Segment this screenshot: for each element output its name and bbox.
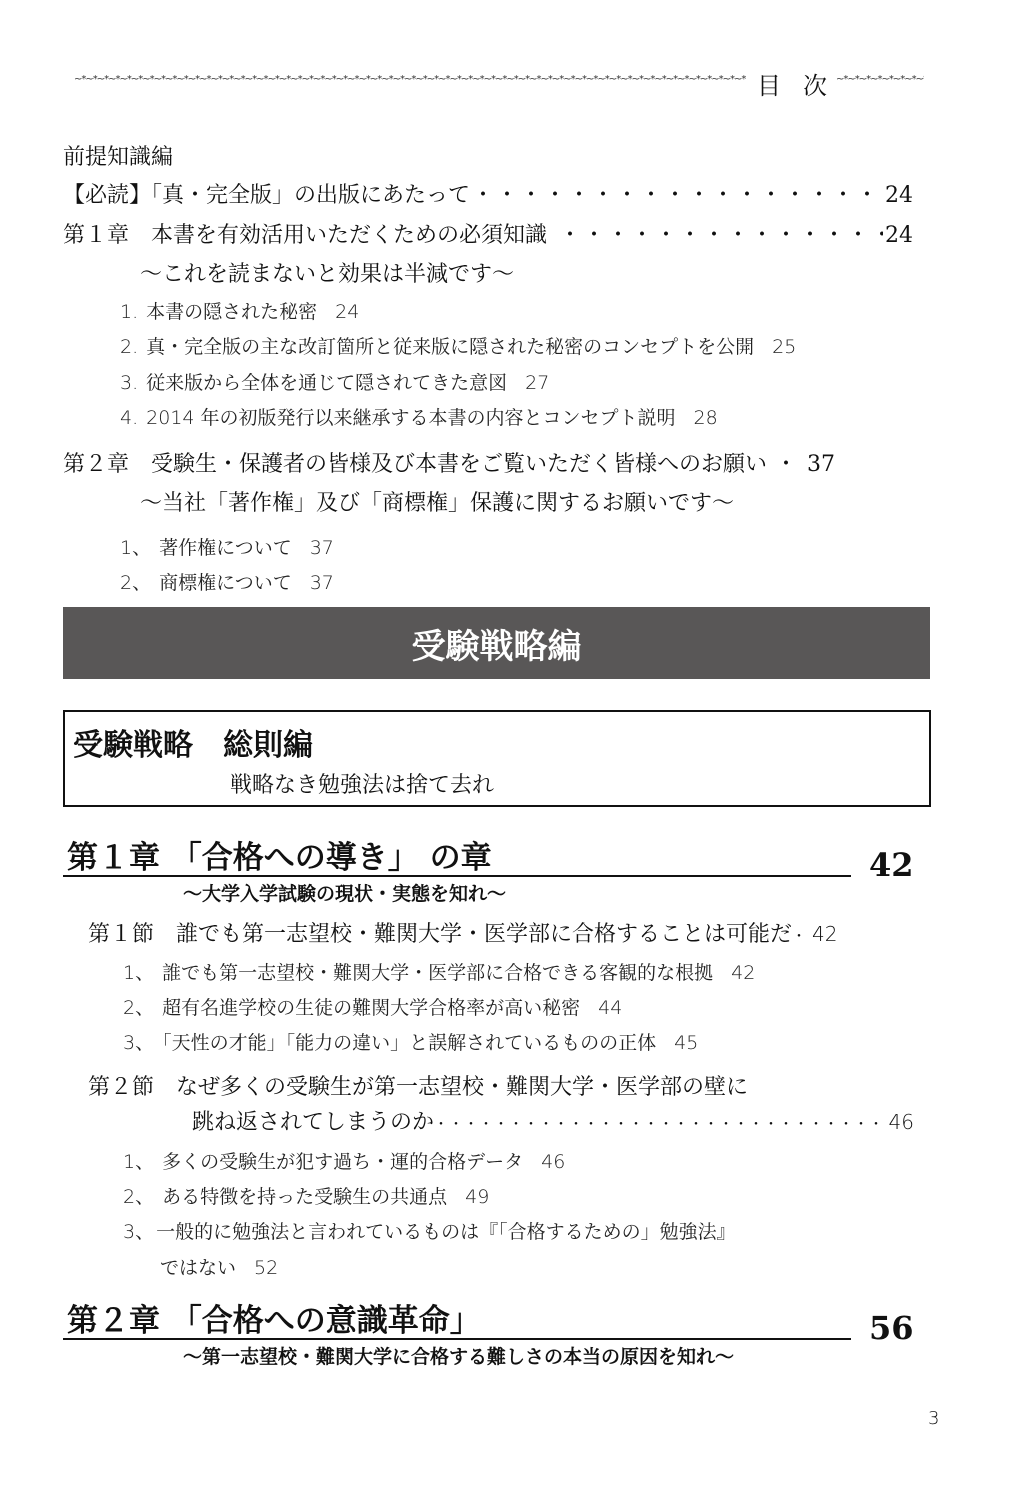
toc-item-continuation[interactable]: ではない52 bbox=[160, 1253, 278, 1280]
toc-item[interactable]: 2.真・完全版の主な改訂箇所と従来版に隠された秘密のコンセプトを公開25 bbox=[120, 332, 796, 359]
chapter-page: 56 bbox=[869, 1309, 914, 1347]
part-title: 前提知識編 bbox=[63, 140, 173, 171]
toc-item[interactable]: 1.本書の隠された秘密24 bbox=[120, 297, 359, 324]
toc-chapter-entry[interactable]: 第２章 受験生・保護者の皆様及び本書をご覧いただく皆様へのお願い ・・・・・・・… bbox=[63, 447, 913, 478]
section-title-line2: 跳ね返されてしまうのか bbox=[192, 1105, 434, 1136]
leader-dots: ・・・・・・・・・・・・・・・・・・・・・・・・・・・・・・・・・・・・・・・・… bbox=[792, 926, 812, 946]
chapter-subtitle: ～これを読まないと効果は半減です～ bbox=[140, 257, 514, 288]
toc-entry-page: 24 bbox=[885, 183, 913, 208]
banner-title: 受験戦略編 bbox=[412, 619, 582, 668]
section-label: 第１節 bbox=[88, 917, 154, 948]
leader-dots: ・・・・・・・・・・・・・・・・・・・・・・・・・・・・・・・・・・・・・・・・… bbox=[775, 447, 805, 478]
toc-item[interactable]: 2、ある特徴を持った受験生の共通点49 bbox=[123, 1182, 489, 1209]
section-page: 46 bbox=[889, 1110, 914, 1134]
toc-chapter-entry[interactable]: 第１章 本書を有効活用いただくための必須知識 ・・・・・・・・・・・・・・・・・… bbox=[63, 218, 913, 249]
section-title-line1: なぜ多くの受験生が第一志望校・難関大学・医学部の壁に bbox=[176, 1070, 748, 1101]
toc-entry[interactable]: 【必読】「真・完全版」の出版にあたって ・・・・・・・・・・・・・・・・・・・・… bbox=[63, 178, 913, 209]
floral-ornament-icon: ~*~*~*~*~*~*~*~*~*~*~*~*~* bbox=[836, 74, 924, 86]
toc-item[interactable]: 2、超有名進学校の生徒の難関大学合格率が高い秘密44 bbox=[123, 993, 622, 1020]
toc-entry-page: 37 bbox=[807, 452, 835, 477]
toc-entry-title: 【必読】「真・完全版」の出版にあたって bbox=[63, 178, 470, 209]
section-page: 42 bbox=[812, 922, 837, 946]
page-number: 3 bbox=[928, 1408, 939, 1429]
toc-item[interactable]: 3、「天性の才能」「能力の違い」と誤解されているものの正体45 bbox=[123, 1028, 698, 1055]
chapter-underline bbox=[63, 1338, 851, 1340]
toc-entry-title: 第２章 受験生・保護者の皆様及び本書をご覧いただく皆様へのお願い bbox=[63, 447, 767, 478]
toc-item[interactable]: 1、多くの受験生が犯す過ち・運的合格データ46 bbox=[123, 1147, 565, 1174]
page-header: ~*~*~*~*~*~*~*~*~*~*~*~*~*~*~*~*~*~*~*~*… bbox=[74, 66, 924, 102]
chapter-subtitle: ～大学入学試験の現状・実態を知れ～ bbox=[183, 879, 506, 906]
toc-item[interactable]: 2、商標権について37 bbox=[120, 568, 334, 595]
box-subtitle: 戦略なき勉強法は捨て去れ bbox=[230, 768, 494, 799]
part-banner: 受験戦略編 bbox=[63, 607, 930, 679]
general-rules-box: 受験戦略 総則編 戦略なき勉強法は捨て去れ bbox=[63, 710, 931, 807]
toc-entry-title: 第１章 本書を有効活用いただくための必須知識 bbox=[63, 218, 547, 249]
floral-ornament-icon: ~*~*~*~*~*~*~*~*~*~*~*~*~*~*~*~*~*~*~*~*… bbox=[74, 74, 746, 86]
toc-item[interactable]: 3.従来版から全体を通じて隠されてきた意図27 bbox=[120, 368, 549, 395]
toc-item[interactable]: 3、一般的に勉強法と言われているものは『「合格するための」勉強法』 bbox=[123, 1217, 736, 1244]
section-entry[interactable]: 第１節 誰でも第一志望校・難関大学・医学部に合格することは可能だ ・・・・・・・… bbox=[88, 917, 914, 948]
chapter-title: 第２章 「合格への意識革命」 bbox=[67, 1295, 481, 1340]
toc-item[interactable]: 1、誰でも第一志望校・難関大学・医学部に合格できる客観的な根拠42 bbox=[123, 958, 755, 985]
section-entry[interactable]: 第２節 なぜ多くの受験生が第一志望校・難関大学・医学部の壁に 跳ね返されてしまう… bbox=[88, 1070, 914, 1136]
chapter-underline bbox=[63, 875, 851, 877]
chapter-heading[interactable]: 第２章 「合格への意識革命」 ～第一志望校・難関大学に合格する難しさの本当の原因… bbox=[63, 1295, 933, 1365]
chapter-page: 42 bbox=[869, 846, 914, 884]
chapter-subtitle: ～第一志望校・難関大学に合格する難しさの本当の原因を知れ～ bbox=[183, 1342, 734, 1369]
toc-item[interactable]: 1、著作権について37 bbox=[120, 533, 334, 560]
leader-dots: ・・・・・・・・・・・・・・・・・・・・・・・・・・・・・・・・・・・・・・・・… bbox=[472, 178, 883, 209]
leader-dots: ・・・・・・・・・・・・・・・・・・・・・・・・・・・・・・・・・・・・・・・・… bbox=[559, 218, 883, 249]
leader-dots: ・・・・・・・・・・・・・・・・・・・・・・・・・・・・・・・・・・・・・・・・… bbox=[434, 1114, 889, 1134]
toc-entry-page: 24 bbox=[885, 223, 913, 248]
chapter-subtitle: ～当社「著作権」及び「商標権」保護に関するお願いです～ bbox=[140, 486, 734, 517]
chapter-title: 第１章 「合格への導き」 の章 bbox=[67, 832, 492, 877]
section-title: 誰でも第一志望校・難関大学・医学部に合格することは可能だ bbox=[176, 917, 792, 948]
box-title: 受験戦略 総則編 bbox=[73, 720, 313, 764]
chapter-heading[interactable]: 第１章 「合格への導き」 の章 ～大学入学試験の現状・実態を知れ～ 42 bbox=[63, 832, 933, 902]
toc-item[interactable]: 4.2014 年の初版発行以来継承する本書の内容とコンセプト説明28 bbox=[120, 403, 718, 430]
section-label: 第２節 bbox=[88, 1070, 154, 1101]
